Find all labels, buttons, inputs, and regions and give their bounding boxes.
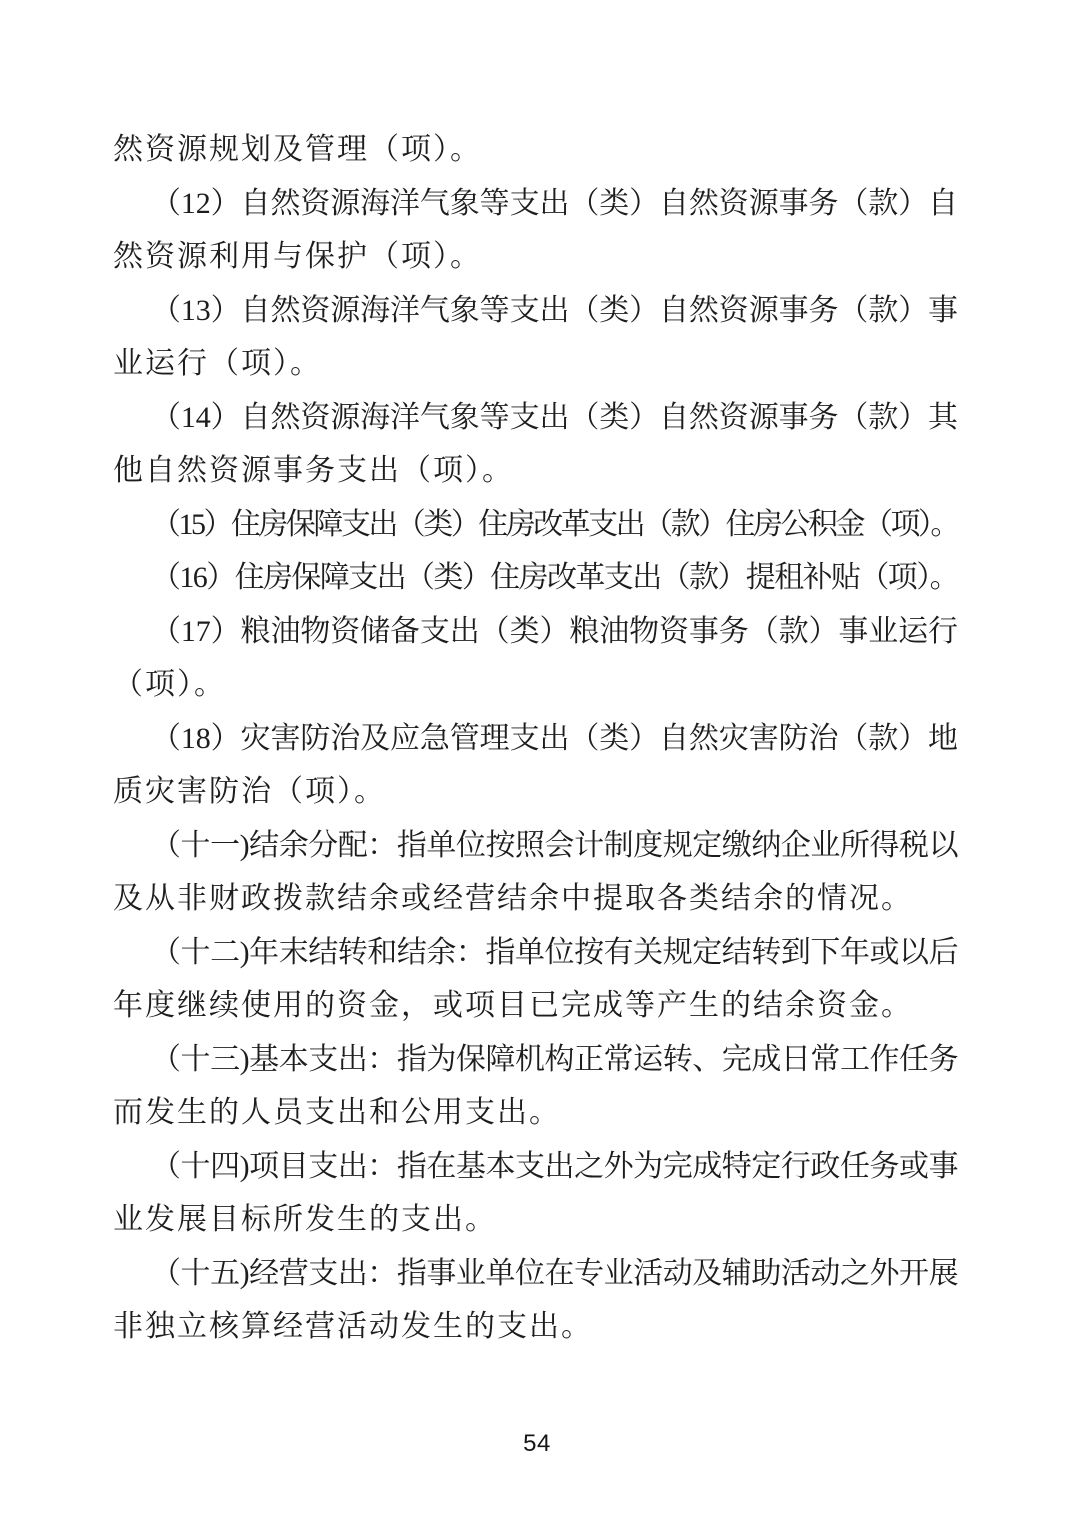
text-line-content: （十五)经营支出：指事业单位在专业活动及辅助活动之外开展 (151, 1257, 958, 1290)
text-line-content: （13）自然资源海洋气象等支出（类）自然资源事务（款）事 (151, 294, 958, 327)
text-line: （十四)项目支出：指在基本支出之外为完成特定行政任务或事 (113, 1140, 958, 1194)
text-line: 非独立核算经营活动发生的支出。 (113, 1300, 958, 1354)
text-line: 年度继续使用的资金，或项目已完成等产生的结余资金。 (113, 979, 958, 1033)
text-line-content: （12）自然资源海洋气象等支出（类）自然资源事务（款）自 (151, 187, 958, 220)
text-line-content: （18）灾害防治及应急管理支出（类）自然灾害防治（款）地 (151, 722, 958, 755)
text-line: （18）灾害防治及应急管理支出（类）自然灾害防治（款）地 (113, 712, 958, 766)
text-line-content: 及从非财政拨款结余或经营结余中提取各类结余的情况。 (113, 882, 913, 915)
text-line-content: 而发生的人员支出和公用支出。 (113, 1096, 561, 1129)
text-line: 业发展目标所发生的支出。 (113, 1193, 958, 1247)
text-line: 然资源规划及管理（项）。 (113, 123, 958, 177)
text-line-content: （十一)结余分配：指单位按照会计制度规定缴纳企业所得税以 (151, 829, 958, 862)
text-line-content: 质灾害防治（项）。 (113, 775, 386, 808)
text-line-content: 然资源利用与保护（项）。 (113, 240, 482, 273)
text-line: 业运行（项）。 (113, 337, 958, 391)
text-line-content: （14）自然资源海洋气象等支出（类）自然资源事务（款）其 (151, 401, 958, 434)
text-line: （十一)结余分配：指单位按照会计制度规定缴纳企业所得税以 (113, 819, 958, 873)
text-line-content: （15）住房保障支出（类）住房改革支出（款）住房公积金（项）。 (151, 508, 958, 541)
text-line-content: （17）粮油物资储备支出（类）粮油物资事务（款）事业运行 (151, 615, 958, 648)
document-body-text: 然资源规划及管理（项）。（12）自然资源海洋气象等支出（类）自然资源事务（款）自… (113, 123, 958, 1354)
text-line-content: 业运行（项）。 (113, 347, 322, 380)
text-line-content: （十二)年末结转和结余：指单位按有关规定结转到下年或以后 (151, 936, 958, 969)
text-line: （项）。 (113, 658, 958, 712)
text-line: （十五)经营支出：指事业单位在专业活动及辅助活动之外开展 (113, 1247, 958, 1301)
text-line-content: （16）住房保障支出（类）住房改革支出（款）提租补贴（项）。 (151, 561, 958, 594)
text-line: 然资源利用与保护（项）。 (113, 230, 958, 284)
text-line: （17）粮油物资储备支出（类）粮油物资事务（款）事业运行 (113, 605, 958, 659)
text-line: （十三)基本支出：指为保障机构正常运转、完成日常工作任务 (113, 1033, 958, 1087)
text-line: （13）自然资源海洋气象等支出（类）自然资源事务（款）事 (113, 284, 958, 338)
text-line: （12）自然资源海洋气象等支出（类）自然资源事务（款）自 (113, 177, 958, 231)
page-footer: 54 (0, 1430, 1074, 1458)
text-line-content: 他自然资源事务支出（项）。 (113, 454, 514, 487)
text-line-content: 业发展目标所发生的支出。 (113, 1203, 497, 1236)
text-line-content: 非独立核算经营活动发生的支出。 (113, 1310, 593, 1343)
text-line: 及从非财政拨款结余或经营结余中提取各类结余的情况。 (113, 872, 958, 926)
text-line: 而发生的人员支出和公用支出。 (113, 1086, 958, 1140)
text-line: （16）住房保障支出（类）住房改革支出（款）提租补贴（项）。 (113, 551, 958, 605)
text-line-content: （十三)基本支出：指为保障机构正常运转、完成日常工作任务 (151, 1043, 958, 1076)
text-line: （14）自然资源海洋气象等支出（类）自然资源事务（款）其 (113, 391, 958, 445)
text-line-content: 然资源规划及管理（项）。 (113, 133, 482, 166)
text-line-content: （十四)项目支出：指在基本支出之外为完成特定行政任务或事 (151, 1150, 958, 1183)
text-line: （十二)年末结转和结余：指单位按有关规定结转到下年或以后 (113, 926, 958, 980)
page-number: 54 (523, 1430, 551, 1457)
text-line: 他自然资源事务支出（项）。 (113, 444, 958, 498)
text-line: 质灾害防治（项）。 (113, 765, 958, 819)
text-line-content: 年度继续使用的资金，或项目已完成等产生的结余资金。 (113, 989, 913, 1022)
text-line: （15）住房保障支出（类）住房改革支出（款）住房公积金（项）。 (113, 498, 958, 552)
text-line-content: （项）。 (113, 668, 226, 701)
